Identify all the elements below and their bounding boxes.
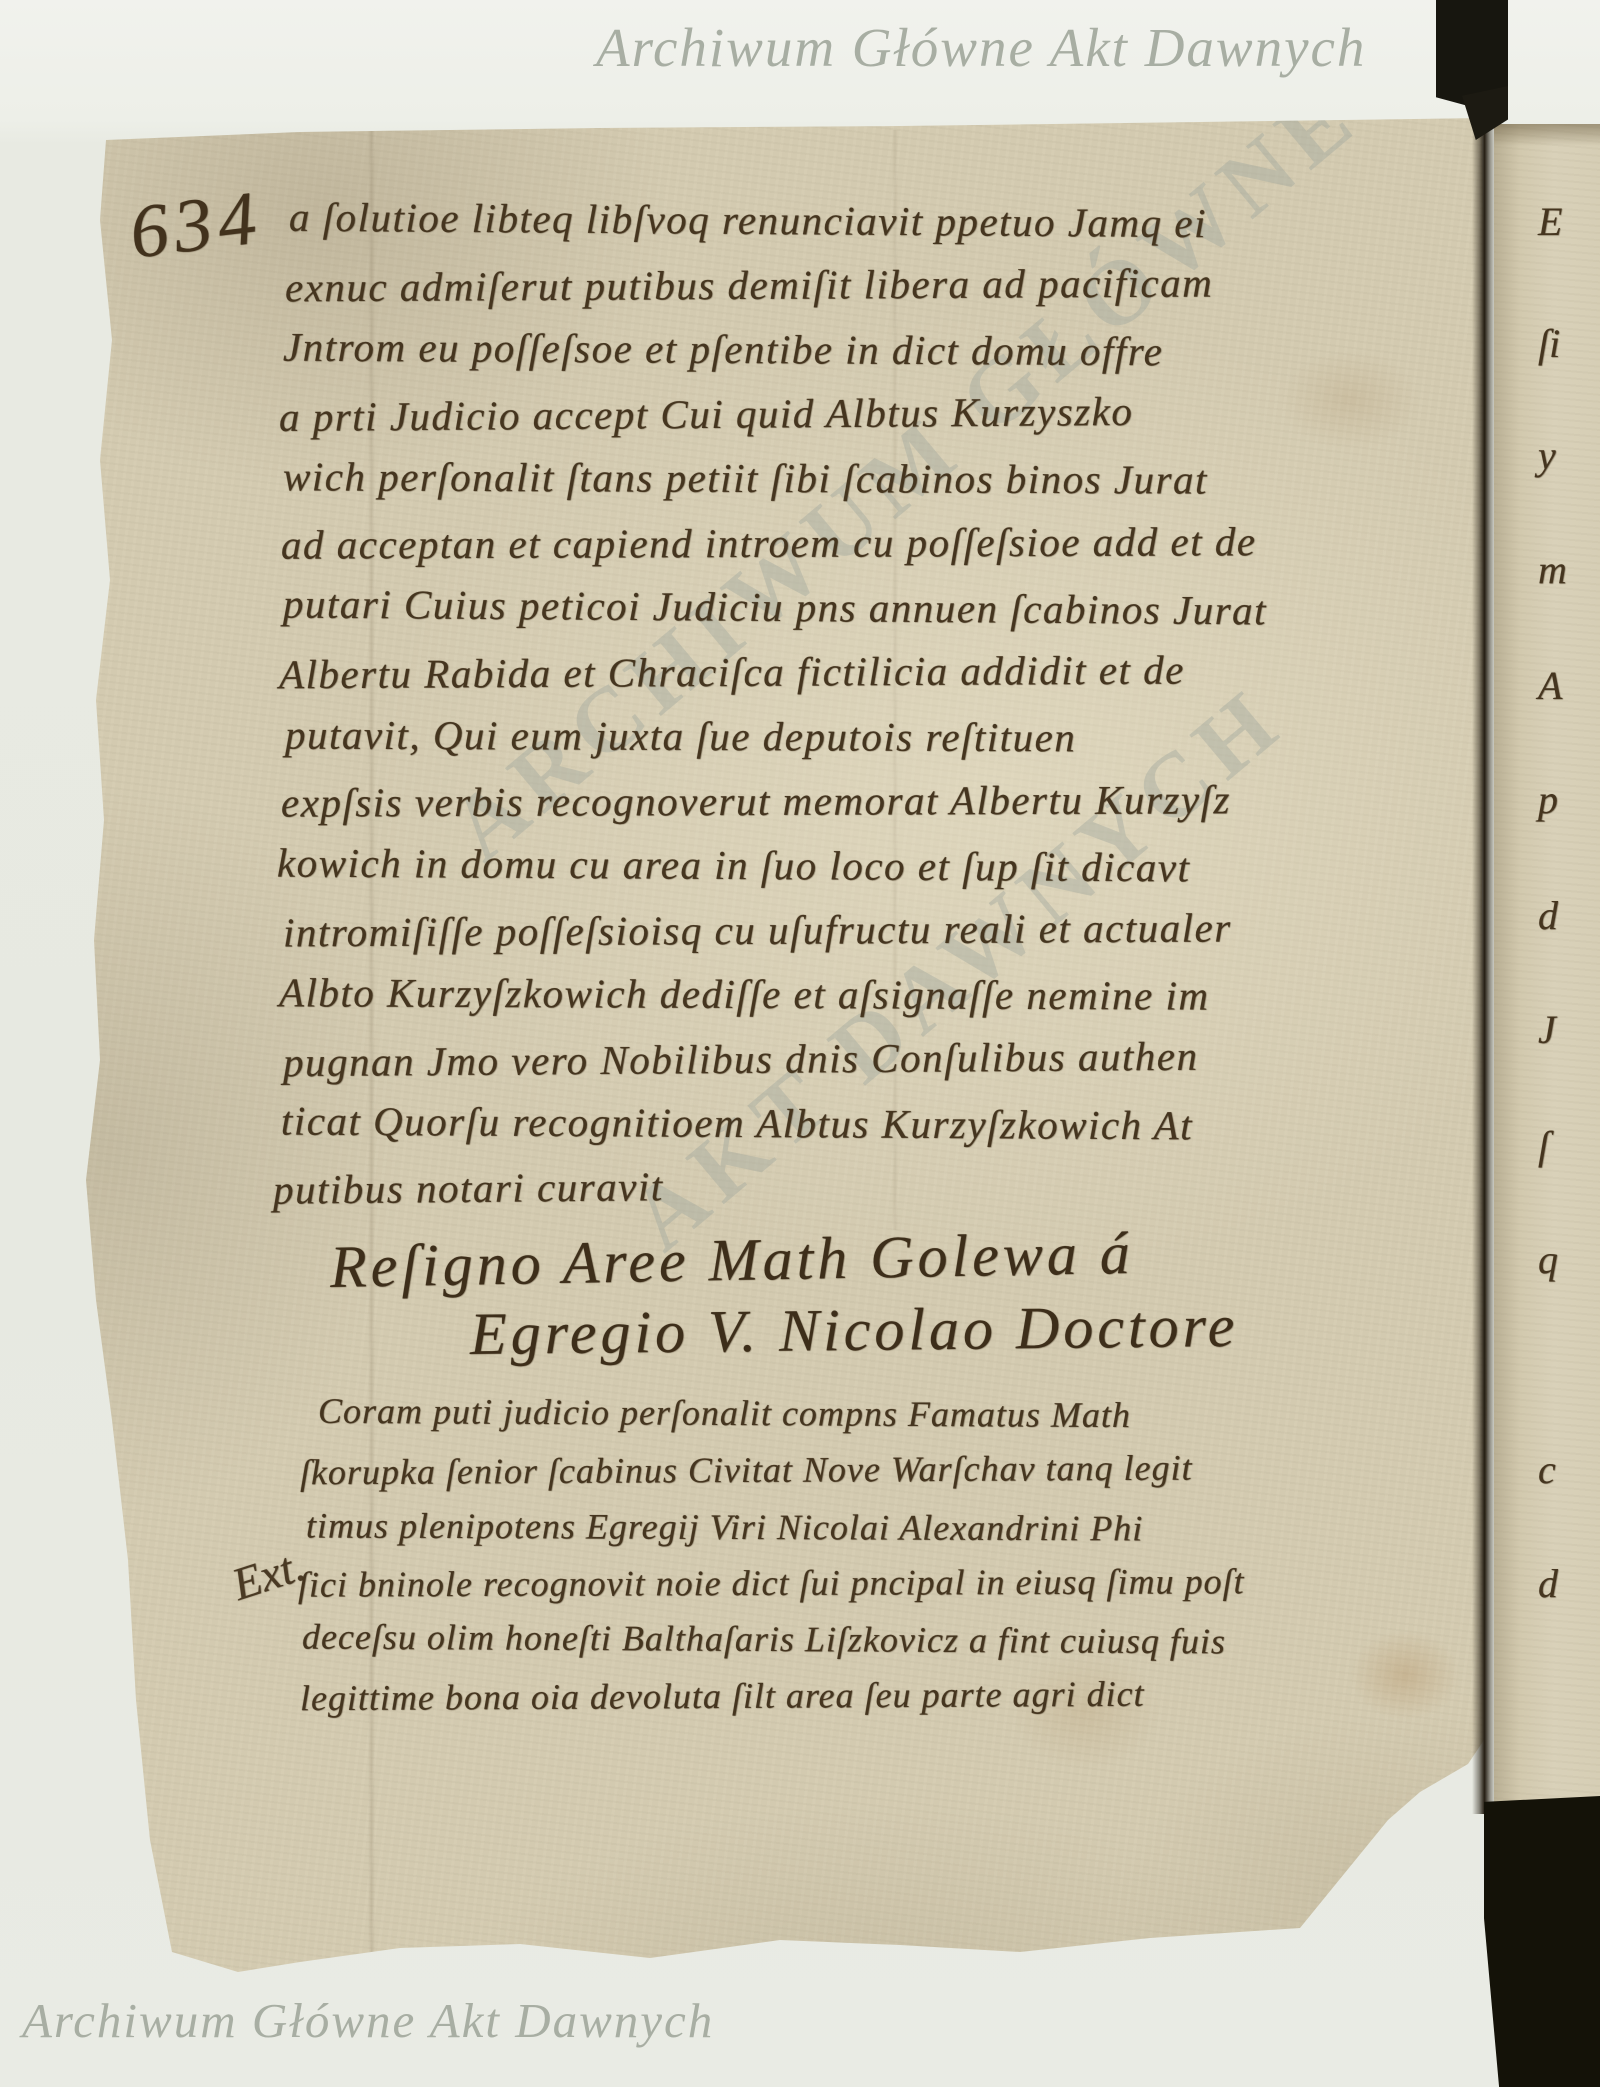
next-page-text-fragment: c bbox=[1538, 1446, 1556, 1493]
next-page-text-fragment: J bbox=[1538, 1006, 1556, 1053]
manuscript-line: a ſolutioe libteq libſvoq renunciavit pp… bbox=[289, 193, 1207, 247]
next-page-text-fragment: p bbox=[1538, 776, 1558, 823]
manuscript-line: putavit, Qui eum juxta ſue deputois reſt… bbox=[285, 711, 1076, 762]
next-page-text-fragment: ſi bbox=[1538, 320, 1560, 367]
manuscript-line: ſkorupka ſenior ſcabinus Civitat Nove Wa… bbox=[300, 1447, 1193, 1494]
next-page-text-fragment: d bbox=[1538, 892, 1558, 939]
manuscript-line: expſsis verbis recognoverut memorat Albe… bbox=[281, 775, 1231, 826]
page-gutter bbox=[1472, 116, 1496, 1814]
manuscript-line: legittime bona oia devoluta ſilt area ſe… bbox=[300, 1673, 1145, 1719]
manuscript-page: ARCHIWUM GŁÓWNE AKT DAWNYCH 634 Ext. a ſ… bbox=[0, 0, 1600, 2087]
manuscript-line: ſici bninole recognovit noie dict ſui pn… bbox=[298, 1560, 1245, 1605]
manuscript-line: timus plenipotens Egregij Viri Nicolai A… bbox=[306, 1505, 1143, 1550]
manuscript-line: kowich in domu cu area in ſuo loco et ſu… bbox=[277, 839, 1191, 892]
manuscript-line: Albertu Rabida et Chraciſca fictilicia a… bbox=[279, 646, 1185, 699]
manuscript-line: putari Cuius peticoi Judiciu pns annuen … bbox=[283, 580, 1267, 635]
manuscript-line: ticat Quorſu recognitioem Albtus Kurzyſz… bbox=[281, 1097, 1193, 1150]
manuscript-line: pugnan Jmo vero Nobilibus dnis Conſulibu… bbox=[283, 1032, 1199, 1086]
manuscript-line: wich perſonalit ſtans petiit ſibi ſcabin… bbox=[283, 452, 1208, 503]
archive-watermark-bottom: Archiwum Główne Akt Dawnych bbox=[22, 1992, 714, 2049]
manuscript-line: intromiſiſſe poſſeſsioisq cu uſufructu r… bbox=[283, 904, 1232, 957]
section-heading-line: Reſigno Aree Math Golewa á bbox=[329, 1219, 1134, 1302]
next-page-text-fragment: q bbox=[1538, 1236, 1558, 1283]
manuscript-line: Jntrom eu poſſeſsoe et pſentibe in dict … bbox=[283, 323, 1164, 376]
manuscript-line: Albto Kurzyſzkowich dediſſe et aſsignaſſ… bbox=[279, 968, 1210, 1019]
archive-watermark-top: Archiwum Główne Akt Dawnych bbox=[596, 16, 1366, 79]
next-page-text-fragment: m bbox=[1538, 546, 1567, 593]
next-page-text-fragment: ſ bbox=[1538, 1122, 1549, 1169]
next-page-text-fragment: d bbox=[1538, 1560, 1558, 1607]
archive-scan: ARCHIWUM GŁÓWNE AKT DAWNYCH 634 Ext. a ſ… bbox=[0, 0, 1600, 2087]
next-page-text-fragment: y bbox=[1538, 432, 1556, 479]
manuscript-line: a prti Judicio accept Cui quid Albtus Ku… bbox=[279, 387, 1134, 441]
next-page-text-fragment: A bbox=[1538, 662, 1562, 709]
manuscript-line: putibus notari curavit bbox=[273, 1162, 664, 1213]
section-heading-line: Egregio V. Nicolao Doctore bbox=[470, 1292, 1239, 1369]
paper-stain bbox=[1350, 1630, 1460, 1720]
manuscript-line: exnuc admiſerut putibus demiſit libera a… bbox=[285, 259, 1214, 312]
next-page-edge: E ſi y m A p d J ſ q c d bbox=[1494, 124, 1600, 1806]
manuscript-line: ad acceptan et capiend introem cu poſſeſ… bbox=[281, 517, 1257, 568]
manuscript-line: Coram puti judicio perſonalit compns Fam… bbox=[318, 1390, 1131, 1436]
binding-bottom-corner bbox=[1484, 1796, 1600, 2087]
next-page-text-fragment: E bbox=[1538, 198, 1562, 245]
page-number: 634 bbox=[125, 174, 267, 276]
paper-stain bbox=[1280, 350, 1420, 450]
manuscript-line: deceſsu olim honeſti Balthaſaris Liſzkov… bbox=[302, 1616, 1226, 1663]
